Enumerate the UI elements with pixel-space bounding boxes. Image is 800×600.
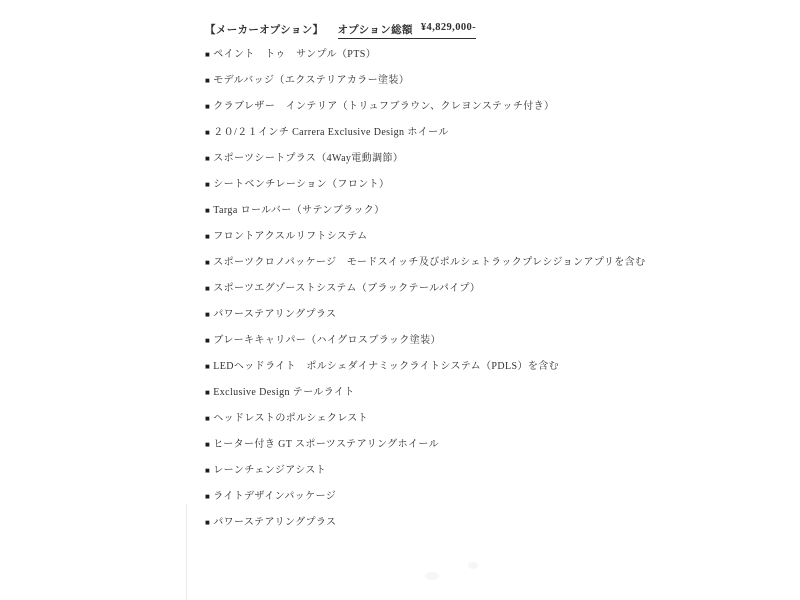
option-item-label: ヒーター付き GT スポーツステアリングホイール <box>213 439 439 451</box>
bullet-square-icon: ■ <box>205 127 210 139</box>
bullet-square-icon: ■ <box>205 413 210 425</box>
option-item-label: ２０/２１インチ Carrera Exclusive Design ホイール <box>213 127 449 139</box>
option-item: ■ シートベンチレーション（フロント） <box>205 179 625 205</box>
bullet-square-icon: ■ <box>205 465 210 477</box>
document-content: 【メーカーオプション】 オプション総額 ¥4,829,000- ■ ペイント ト… <box>205 22 625 543</box>
option-item: ■ Exclusive Design テールライト <box>205 387 625 413</box>
option-item-label: ブレーキキャリパー（ハイグロスブラック塗装） <box>213 335 441 347</box>
option-item: ■ ヘッドレストのポルシェクレスト <box>205 413 625 439</box>
maker-option-section-label: 【メーカーオプション】 <box>205 22 324 37</box>
option-item-label: シートベンチレーション（フロント） <box>213 179 389 191</box>
option-item-label: クラブレザー インテリア（トリュフブラウン、クレヨンステッチ付き） <box>213 101 554 113</box>
option-item-label: ライトデザインパッケージ <box>213 491 336 503</box>
bullet-square-icon: ■ <box>205 75 210 87</box>
bullet-square-icon: ■ <box>205 153 210 165</box>
option-item-label: ペイント トゥ サンプル（PTS） <box>213 49 376 61</box>
option-total-amount: ¥4,829,000- <box>421 22 476 37</box>
bullet-square-icon: ■ <box>205 335 210 347</box>
document-header: 【メーカーオプション】 オプション総額 ¥4,829,000- <box>205 22 625 39</box>
option-item: ■ レーンチェンジアシスト <box>205 465 625 491</box>
bullet-square-icon: ■ <box>205 283 210 295</box>
bullet-square-icon: ■ <box>205 439 210 451</box>
option-total: オプション総額 ¥4,829,000- <box>338 22 477 39</box>
option-item-label: Targa ロールバー（サテンブラック） <box>213 205 384 217</box>
bullet-square-icon: ■ <box>205 387 210 399</box>
option-total-label: オプション総額 <box>338 22 413 37</box>
option-item-label: LEDヘッドライト ポルシェダイナミックライトシステム（PDLS）を含む <box>213 361 559 373</box>
bullet-square-icon: ■ <box>205 491 210 503</box>
option-item: ■ パワーステアリングプラス <box>205 309 625 335</box>
option-item-label: パワーステアリングプラス <box>213 517 336 529</box>
option-item: ■ ペイント トゥ サンプル（PTS） <box>205 49 625 75</box>
option-item-label: スポーツクロノパッケージ モードスイッチ及びポルシェトラックプレシジョンアプリを… <box>213 257 645 269</box>
option-item: ■ LEDヘッドライト ポルシェダイナミックライトシステム（PDLS）を含む <box>205 361 625 387</box>
bullet-square-icon: ■ <box>205 205 210 217</box>
option-item-label: レーンチェンジアシスト <box>213 465 326 477</box>
bullet-square-icon: ■ <box>205 101 210 113</box>
option-item: ■ フロントアクスルリフトシステム <box>205 231 625 257</box>
bullet-square-icon: ■ <box>205 309 210 321</box>
option-item-label: ヘッドレストのポルシェクレスト <box>213 413 368 425</box>
bullet-square-icon: ■ <box>205 517 210 529</box>
scan-noise <box>468 562 478 569</box>
option-item: ■ パワーステアリングプラス <box>205 517 625 543</box>
option-item: ■ スポーツエグゾーストシステム（ブラックテールパイプ） <box>205 283 625 309</box>
scan-crease-line <box>186 504 187 600</box>
option-item: ■ ヒーター付き GT スポーツステアリングホイール <box>205 439 625 465</box>
bullet-square-icon: ■ <box>205 179 210 191</box>
option-item-label: パワーステアリングプラス <box>213 309 336 321</box>
option-item: ■ ブレーキキャリパー（ハイグロスブラック塗装） <box>205 335 625 361</box>
bullet-square-icon: ■ <box>205 49 210 61</box>
scanned-document-page: 【メーカーオプション】 オプション総額 ¥4,829,000- ■ ペイント ト… <box>0 0 800 600</box>
option-item-label: モデルバッジ（エクステリアカラー塗装） <box>213 75 409 87</box>
option-item: ■ クラブレザー インテリア（トリュフブラウン、クレヨンステッチ付き） <box>205 101 625 127</box>
option-item-label: スポーツエグゾーストシステム（ブラックテールパイプ） <box>213 283 480 295</box>
option-item: ■ Targa ロールバー（サテンブラック） <box>205 205 625 231</box>
option-item: ■ スポーツシートプラス（4Way電動調節） <box>205 153 625 179</box>
bullet-square-icon: ■ <box>205 361 210 373</box>
options-list: ■ ペイント トゥ サンプル（PTS） ■ モデルバッジ（エクステリアカラー塗装… <box>205 49 625 543</box>
option-item: ■ ２０/２１インチ Carrera Exclusive Design ホイール <box>205 127 625 153</box>
bullet-square-icon: ■ <box>205 231 210 243</box>
option-item-label: フロントアクスルリフトシステム <box>213 231 367 243</box>
scan-noise <box>425 572 439 580</box>
option-item: ■ ライトデザインパッケージ <box>205 491 625 517</box>
option-item: ■ モデルバッジ（エクステリアカラー塗装） <box>205 75 625 101</box>
option-item: ■ スポーツクロノパッケージ モードスイッチ及びポルシェトラックプレシジョンアプ… <box>205 257 625 283</box>
option-item-label: Exclusive Design テールライト <box>213 387 354 399</box>
option-item-label: スポーツシートプラス（4Way電動調節） <box>213 153 403 165</box>
bullet-square-icon: ■ <box>205 257 210 269</box>
